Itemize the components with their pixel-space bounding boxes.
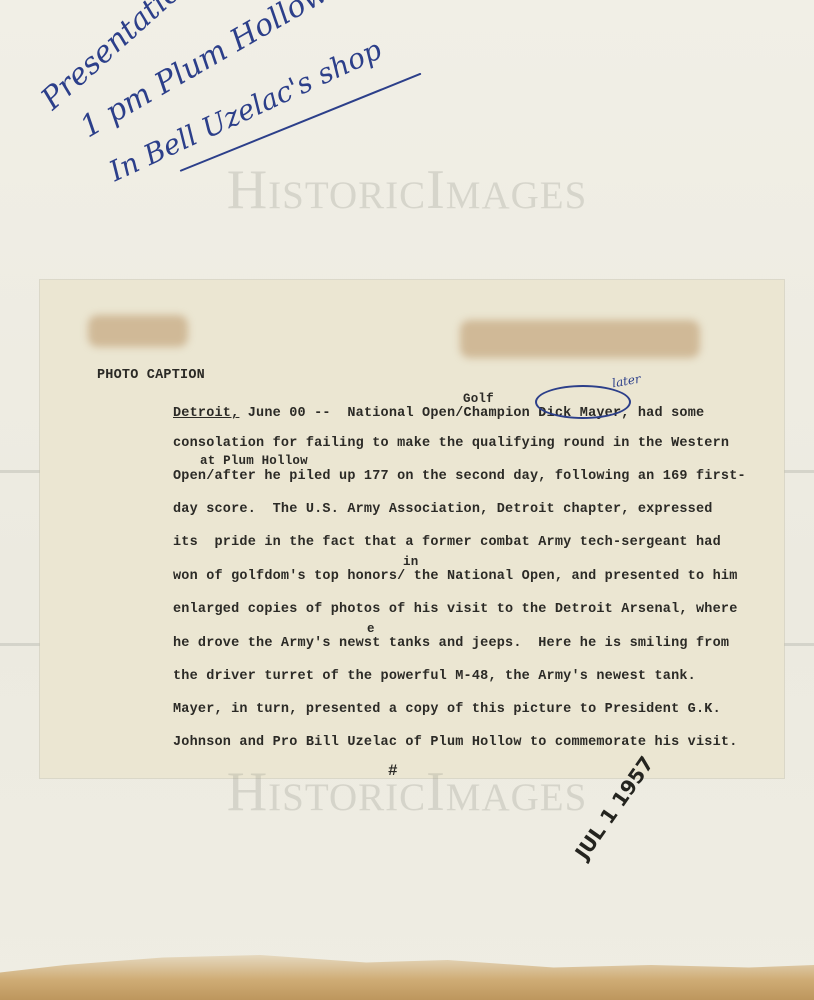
- insert-at-plum-hollow: at Plum Hollow: [200, 454, 308, 468]
- caption-line-4: day score. The U.S. Army Association, De…: [173, 502, 713, 517]
- caption-line-7: enlarged copies of photos of his visit t…: [173, 602, 738, 617]
- dateline: Detroit,: [173, 406, 239, 421]
- caption-line-3: Open/after he piled up 177 on the second…: [173, 469, 746, 484]
- caption-line-11: Johnson and Pro Bill Uzelac of Plum Holl…: [173, 735, 738, 750]
- caption-line-9: the driver turret of the powerful M-48, …: [173, 669, 696, 684]
- photo-caption-label: PHOTO CAPTION: [97, 368, 205, 383]
- stain-left: [88, 315, 188, 347]
- caption-line-1-text: June 00 -- National Open/Champion Dick M…: [239, 406, 704, 421]
- caption-line-5: its pride in the fact that a former comb…: [173, 535, 721, 550]
- watermark-bottom: HistoricImages: [0, 760, 814, 824]
- caption-line-6: won of golfdom's top honors/ the Nationa…: [173, 569, 738, 584]
- insert-golf: Golf: [463, 392, 494, 406]
- stain-right: [460, 320, 700, 358]
- insert-e: e: [367, 622, 375, 636]
- insert-in: in: [403, 555, 418, 569]
- caption-line-10: Mayer, in turn, presented a copy of this…: [173, 702, 721, 717]
- caption-line-8: he drove the Army's newst tanks and jeep…: [173, 636, 729, 651]
- caption-line-2: consolation for failing to make the qual…: [173, 436, 729, 451]
- handwritten-circle: [535, 385, 631, 419]
